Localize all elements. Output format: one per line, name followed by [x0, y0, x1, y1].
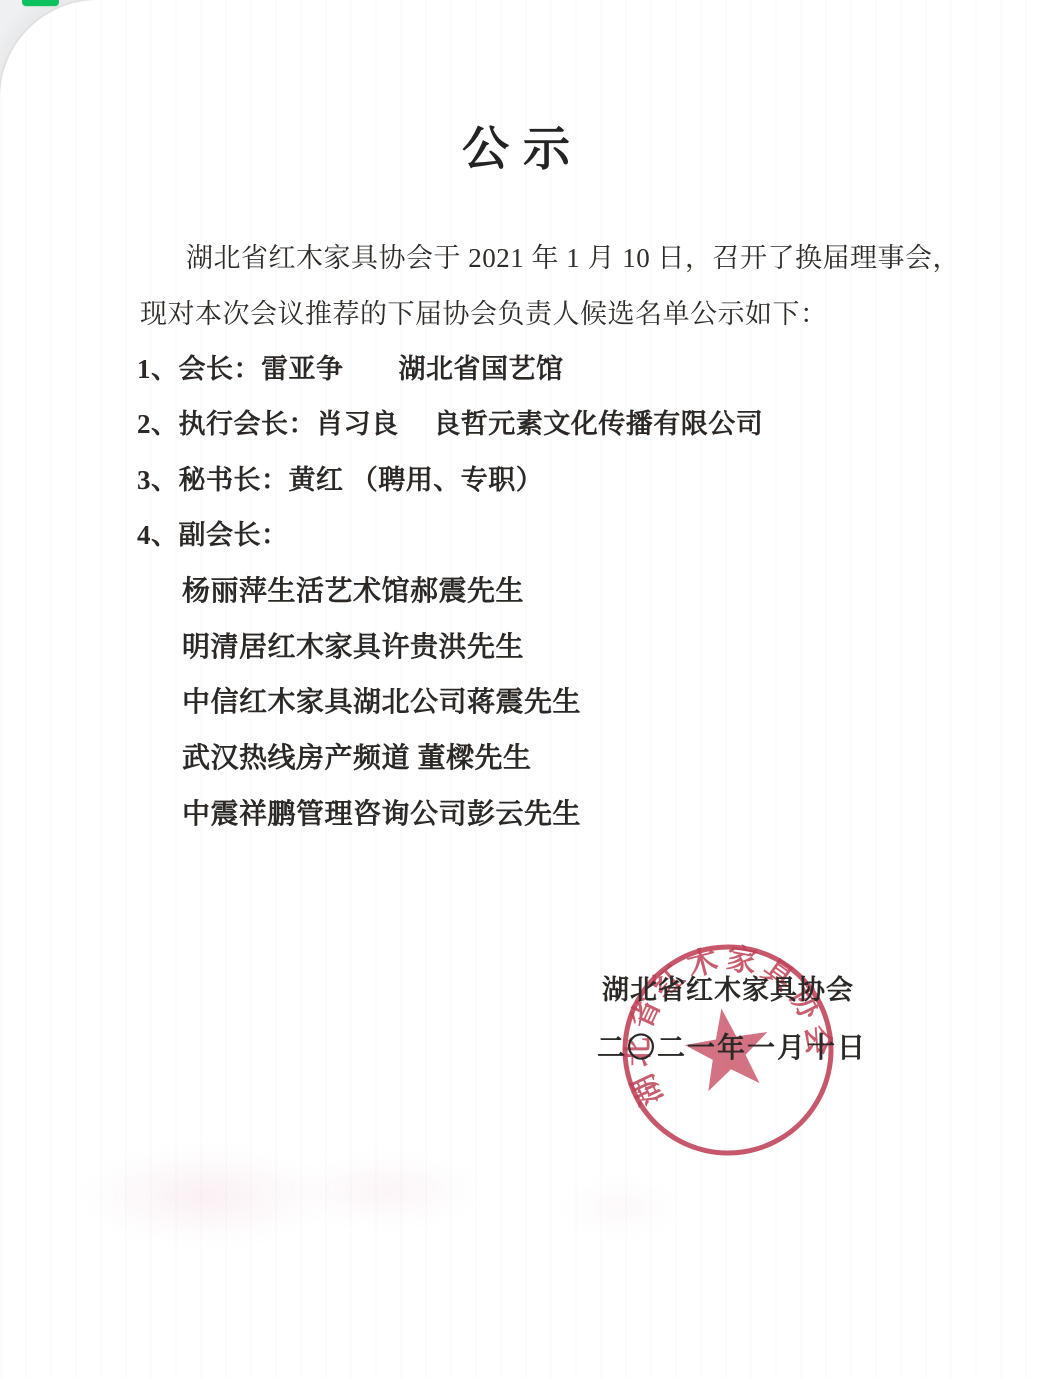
intro-line-1: 湖北省红木家具协会于 2021 年 1 月 10 日，召开了换届理事会， — [186, 245, 960, 272]
position-item-president: 1、会长：雷亚争 湖北省国艺馆 — [137, 356, 564, 383]
position-item-executive-president: 2、执行会长：肖习良 良哲元素文化传播有限公司 — [137, 411, 763, 438]
document-card[interactable]: 公示 湖北省红木家具协会于 2021 年 1 月 10 日，召开了换届理事会， … — [0, 0, 1046, 1378]
vice-president-item: 杨丽萍生活艺术馆郝震先生 — [182, 578, 524, 606]
scan-smudge — [290, 1155, 480, 1225]
vice-president-item: 明清居红木家具许贵洪先生 — [182, 634, 524, 662]
position-item-vice-presidents-heading: 4、副会长： — [137, 522, 289, 549]
signature-organization: 湖北省红木家具协会 — [602, 977, 854, 1004]
signature-date: 二〇二一年一月十日 — [597, 1035, 867, 1063]
vice-president-item: 中震祥鹏管理咨询公司彭云先生 — [182, 801, 581, 829]
scan-smudge — [560, 1180, 680, 1235]
scan-smudge — [80, 1148, 330, 1243]
attachment-icon[interactable] — [22, 0, 59, 6]
document-title: 公示 — [0, 112, 1046, 179]
vice-president-item: 中信红木家具湖北公司蒋震先生 — [182, 689, 581, 717]
position-item-secretary-general: 3、秘书长：黄红 （聘用、专职） — [137, 467, 543, 494]
screenshot-root: 公示 湖北省红木家具协会于 2021 年 1 月 10 日，召开了换届理事会， … — [0, 0, 1046, 1378]
vice-president-item: 武汉热线房产频道 董樑先生 — [182, 745, 532, 773]
intro-line-2: 现对本次会议推荐的下届协会负责人候选名单公示如下： — [140, 301, 828, 328]
